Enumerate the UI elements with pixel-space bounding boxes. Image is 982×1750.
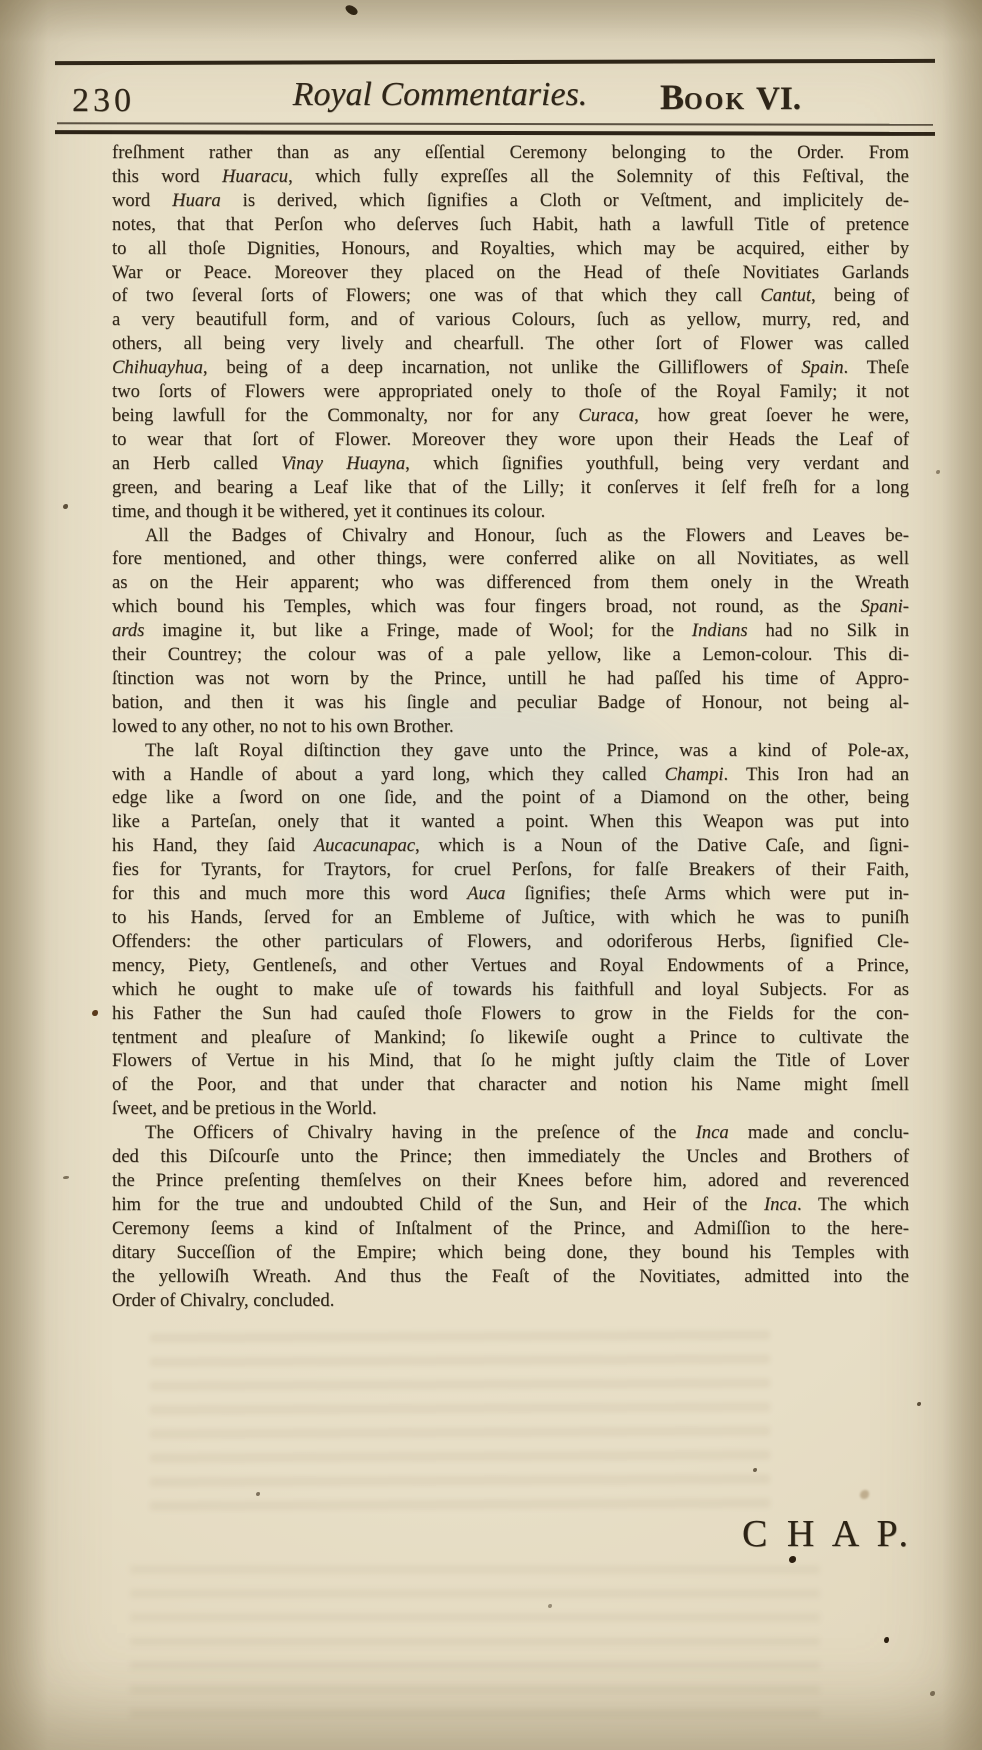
text-segment: , being of a deep incarnation, not unlik… — [203, 357, 801, 378]
text-line: All the Badges of Chivalry and Honour, ſ… — [112, 524, 909, 548]
book-label-rest: OOK — [684, 89, 746, 115]
text-segment: tentment and pleaſure of Mankind; ſo lik… — [112, 1027, 909, 1048]
header-divider-thick — [55, 130, 935, 136]
text-line: Offenders: the other particulars of Flow… — [112, 930, 909, 954]
ink-speck — [860, 1490, 869, 1499]
text-segment: to all thoſe Dignities, Honours, and Roy… — [112, 238, 909, 259]
text-line: lowed to any other, no not to his own Br… — [112, 715, 909, 739]
text-line: being lawfull for the Commonalty, nor fo… — [112, 404, 909, 428]
italic-text-segment: Huaracu — [222, 166, 288, 187]
text-line: like a Parteſan, onely that it wanted a … — [112, 810, 909, 834]
italic-text-segment: Champi — [665, 764, 724, 785]
text-line: to his Hands, ſerved for an Embleme of J… — [112, 906, 909, 930]
page-number: 230 — [72, 82, 135, 120]
text-line: others, all being very lively and chearf… — [112, 332, 909, 356]
text-line: the Prince preſenting themſelves on thei… — [112, 1169, 909, 1193]
ink-speck — [256, 1492, 260, 1496]
text-line: Chihuayhua, being of a deep incarnation,… — [112, 356, 909, 380]
text-segment: time, and though it be withered, yet it … — [112, 501, 545, 522]
text-line: ſtinction was not worn by the Prince, un… — [112, 667, 909, 691]
text-segment: . The which — [797, 1194, 909, 1215]
text-line: The laſt Royal diſtinction they gave unt… — [112, 739, 909, 763]
text-segment: The Officers of Chivalry having in the p… — [145, 1122, 696, 1143]
ink-speck — [63, 1176, 69, 1179]
text-segment: which bound his Temples, which was four … — [112, 596, 860, 617]
paragraph: The laſt Royal diſtinction they gave unt… — [112, 739, 909, 1122]
text-segment: green, and bearing a Leaf like that of t… — [112, 477, 909, 498]
header-divider-thin — [57, 122, 933, 126]
text-segment: All the Badges of Chivalry and Honour, ſ… — [145, 525, 909, 546]
ink-speck — [789, 1556, 796, 1563]
italic-text-segment: Cantut — [760, 285, 811, 306]
text-segment: others, all being very lively and chearf… — [112, 333, 909, 354]
text-line: green, and bearing a Leaf like that of t… — [112, 476, 909, 500]
text-segment: of the Poor, and that under that charact… — [112, 1074, 909, 1095]
text-segment: his Father the Sun had cauſed thoſe Flow… — [112, 1003, 909, 1024]
text-line: their Countrey; the colour was of a pale… — [112, 643, 909, 667]
text-segment: Ceremony ſeems a kind of Inſtalment of t… — [112, 1218, 909, 1239]
text-line: to wear that ſort of Flower. Moreover th… — [112, 428, 909, 452]
italic-text-segment: Indians — [692, 620, 748, 641]
text-segment: being lawfull for the Commonalty, nor fo… — [112, 405, 578, 426]
text-segment: mency, Piety, Gentleneſs, and other Vert… — [112, 955, 909, 976]
text-line: Flowers of Vertue in his Mind, that ſo h… — [112, 1049, 909, 1073]
text-line: time, and though it be withered, yet it … — [112, 500, 909, 524]
text-segment: to his Hands, ſerved for an Embleme of J… — [112, 907, 909, 928]
text-line: word Huara is derived, which ſignifies a… — [112, 189, 909, 213]
text-segment: ditary Succeſſion of the Empire; which b… — [112, 1242, 909, 1263]
ink-speck — [936, 470, 940, 474]
text-line: fies for Tyrants, for Traytors, for crue… — [112, 858, 909, 882]
header-rule-top — [55, 59, 935, 65]
text-segment: of two ſeveral ſorts of Flowers; one was… — [112, 285, 760, 306]
text-line: ſweet, and be pretious in the World. — [112, 1097, 909, 1121]
paragraph: All the Badges of Chivalry and Honour, ſ… — [112, 524, 909, 739]
text-line: fore mentioned, and other things, were c… — [112, 547, 909, 571]
paragraph: freſhment rather than as any eſſential C… — [112, 141, 909, 524]
text-line: which he ought to make uſe of towards hi… — [112, 978, 909, 1002]
show-through-text-lower — [130, 1565, 820, 1725]
book-label-initial: B — [660, 77, 684, 117]
italic-text-segment: Huara — [172, 190, 221, 211]
text-line: edge like a ſword on one ſide, and the p… — [112, 786, 909, 810]
book-page: 230 Royal Commentaries. BOOKVI. freſhmen… — [0, 0, 982, 1750]
italic-text-segment: Aucacunapac — [314, 835, 415, 856]
text-segment: the yellowiſh Wreath. And thus the Feaſt… — [112, 1266, 909, 1287]
italic-text-segment: Chihuayhua — [112, 357, 203, 378]
running-title: Royal Commentaries. — [235, 76, 645, 114]
italic-text-segment: Curaca — [578, 405, 634, 426]
text-line: him for the true and undoubted Child of … — [112, 1193, 909, 1217]
ink-speck — [917, 1402, 921, 1406]
text-line: ards imagine it, but like a Fringe, made… — [112, 619, 909, 643]
text-segment: two ſorts of Flowers were appropriated o… — [112, 381, 909, 402]
text-segment: his Hand, they ſaid — [112, 835, 314, 856]
text-line: mency, Piety, Gentleneſs, and other Vert… — [112, 954, 909, 978]
text-segment: is derived, which ſignifies a Cloth or V… — [221, 190, 909, 211]
text-segment: the Prince preſenting themſelves on thei… — [112, 1170, 909, 1191]
text-segment: for this and much more this word — [112, 883, 467, 904]
ink-speck — [548, 1604, 552, 1608]
text-segment: made and conclu- — [729, 1122, 909, 1143]
page-edge-shadow-top — [0, 0, 982, 42]
text-segment: bation, and then it was his ſingle and p… — [112, 692, 909, 713]
text-segment: to wear that ſort of Flower. Moreover th… — [112, 429, 909, 450]
text-segment: ſignifies; theſe Arms which were put in- — [505, 883, 909, 904]
text-segment: War or Peace. Moreover they placed on th… — [112, 262, 909, 283]
text-line: to all thoſe Dignities, Honours, and Roy… — [112, 237, 909, 261]
ink-speck — [884, 1637, 889, 1643]
catchword: C H A P. — [742, 1512, 913, 1556]
body-text: freſhment rather than as any eſſential C… — [112, 141, 909, 1312]
text-line: as on the Heir apparent; who was differe… — [112, 571, 909, 595]
text-line: Ceremony ſeems a kind of Inſtalment of t… — [112, 1217, 909, 1241]
text-line: ded this Diſcourſe unto the Prince; then… — [112, 1145, 909, 1169]
text-segment: imagine it, but like a Fringe, made of W… — [144, 620, 691, 641]
text-segment: an Herb called — [112, 453, 281, 474]
text-line: which bound his Temples, which was four … — [112, 595, 909, 619]
text-line: bation, and then it was his ſingle and p… — [112, 691, 909, 715]
text-line: his Hand, they ſaid Aucacunapac, which i… — [112, 834, 909, 858]
italic-text-segment: Auca — [467, 883, 505, 904]
text-segment: . Theſe — [844, 357, 909, 378]
text-line: The Officers of Chivalry having in the p… — [112, 1121, 909, 1145]
italic-text-segment: Inca — [764, 1194, 797, 1215]
show-through-text-upper — [150, 1330, 770, 1518]
text-segment: , being of — [811, 285, 909, 306]
book-label-numeral: VI. — [756, 81, 801, 117]
text-segment: this word — [112, 166, 222, 187]
text-segment: The laſt Royal diſtinction they gave unt… — [145, 740, 909, 761]
text-line: this word Huaracu, which fully expreſſes… — [112, 165, 909, 189]
text-segment: , which fully expreſſes all the Solemnit… — [288, 166, 909, 187]
text-segment: Order of Chivalry, concluded. — [112, 1290, 334, 1311]
text-segment: their Countrey; the colour was of a pale… — [112, 644, 909, 665]
text-segment: as on the Heir apparent; who was differe… — [112, 572, 909, 593]
text-segment: lowed to any other, no not to his own Br… — [112, 716, 454, 737]
text-line: tentment and pleaſure of Mankind; ſo lik… — [112, 1026, 909, 1050]
book-label: BOOKVI. — [660, 76, 801, 118]
text-segment: ſweet, and be pretious in the World. — [112, 1098, 377, 1119]
ink-speck — [92, 1010, 98, 1016]
text-segment: fies for Tyrants, for Traytors, for crue… — [112, 859, 909, 880]
ink-speck — [344, 3, 359, 17]
text-line: freſhment rather than as any eſſential C… — [112, 141, 909, 165]
text-segment: Offenders: the other particulars of Flow… — [112, 931, 909, 952]
text-segment: freſhment rather than as any eſſential C… — [112, 142, 909, 163]
text-line: an Herb called Vinay Huayna, which ſigni… — [112, 452, 909, 476]
italic-text-segment: ards — [112, 620, 144, 641]
text-segment: ſtinction was not worn by the Prince, un… — [112, 668, 909, 689]
page-edge-shadow-left — [0, 0, 48, 1750]
text-line: with a Handle of about a yard long, whic… — [112, 763, 909, 787]
text-line: the yellowiſh Wreath. And thus the Feaſt… — [112, 1265, 909, 1289]
text-line: of the Poor, and that under that charact… — [112, 1073, 909, 1097]
text-segment: notes, that that Perſon who deſerves ſuc… — [112, 214, 909, 235]
text-line: of two ſeveral ſorts of Flowers; one was… — [112, 284, 909, 308]
text-segment: word — [112, 190, 172, 211]
text-line: his Father the Sun had cauſed thoſe Flow… — [112, 1002, 909, 1026]
ink-speck — [63, 504, 68, 509]
text-line: ditary Succeſſion of the Empire; which b… — [112, 1241, 909, 1265]
text-segment: him for the true and undoubted Child of … — [112, 1194, 764, 1215]
text-segment: . This Iron had an — [724, 764, 909, 785]
text-segment: like a Parteſan, onely that it wanted a … — [112, 811, 909, 832]
text-line: War or Peace. Moreover they placed on th… — [112, 261, 909, 285]
text-line: Order of Chivalry, concluded. — [112, 1289, 909, 1313]
text-segment: , which ſignifies youthfull, being very … — [405, 453, 909, 474]
ink-speck — [753, 1468, 757, 1472]
text-segment: edge like a ſword on one ſide, and the p… — [112, 787, 909, 808]
page-edge-shadow-right — [942, 0, 982, 1750]
text-line: two ſorts of Flowers were appropriated o… — [112, 380, 909, 404]
italic-text-segment: Inca — [696, 1122, 729, 1143]
text-segment: had no Silk in — [748, 620, 909, 641]
text-segment: which he ought to make uſe of towards hi… — [112, 979, 909, 1000]
text-line: a very beautifull form, and of various C… — [112, 308, 909, 332]
text-segment: , which is a Noun of the Dative Caſe, an… — [415, 835, 909, 856]
paragraph: The Officers of Chivalry having in the p… — [112, 1121, 909, 1312]
italic-text-segment: Spain — [801, 357, 843, 378]
text-line: for this and much more this word Auca ſi… — [112, 882, 909, 906]
ink-speck — [930, 1691, 935, 1696]
text-line: notes, that that Perſon who deſerves ſuc… — [112, 213, 909, 237]
text-segment: fore mentioned, and other things, were c… — [112, 548, 909, 569]
text-segment: , how great ſoever he were, — [634, 405, 909, 426]
text-segment: a very beautifull form, and of various C… — [112, 309, 909, 330]
italic-text-segment: Spani- — [860, 596, 909, 617]
text-segment: Flowers of Vertue in his Mind, that ſo h… — [112, 1050, 909, 1071]
italic-text-segment: Vinay Huayna — [281, 453, 405, 474]
text-segment: with a Handle of about a yard long, whic… — [112, 764, 665, 785]
text-segment: ded this Diſcourſe unto the Prince; then… — [112, 1146, 909, 1167]
